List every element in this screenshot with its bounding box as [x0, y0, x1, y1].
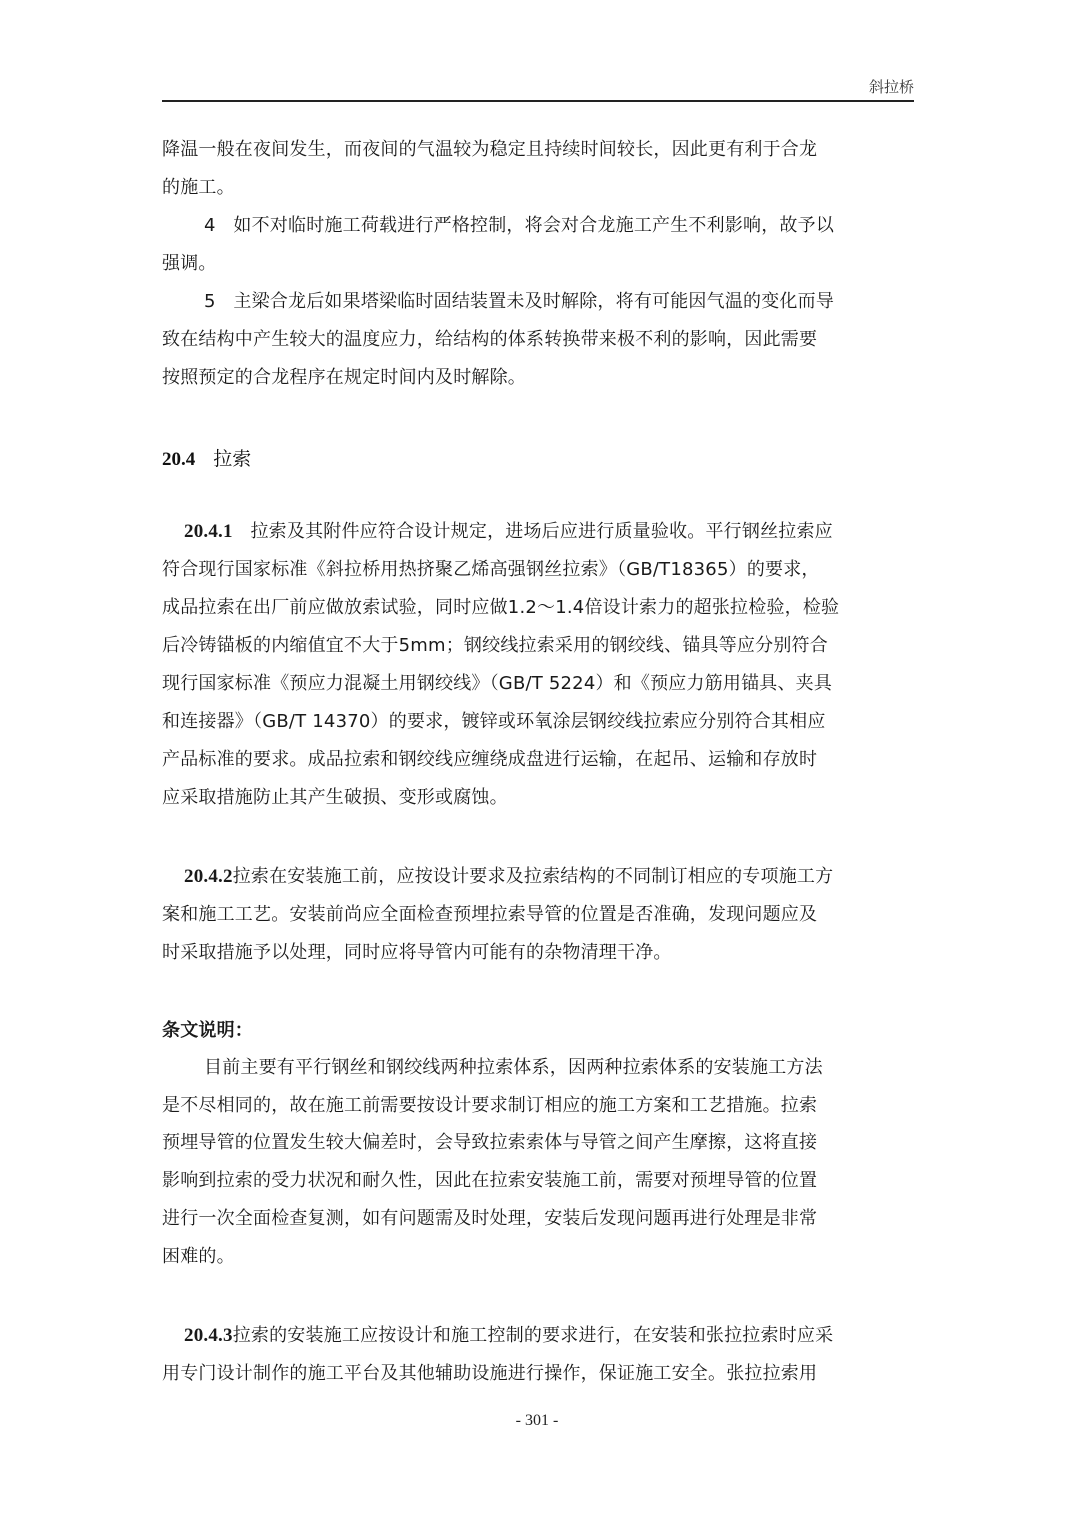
list-item-text: 按照预定的合龙程序在规定时间内及时解除。 — [162, 366, 914, 390]
document-page: 斜拉桥 降温一般在夜间发生，而夜间的气温较为稳定且持续时间较长，因此更有利于合龙… — [0, 0, 1074, 1520]
section-heading: 20.4拉索 — [162, 444, 251, 471]
list-item-5: 5 主梁合龙后如果塔梁临时固结装置未及时解除，将有可能因气温的变化而导 — [162, 290, 914, 314]
clause-text: 用专门设计制作的施工平台及其他辅助设施进行操作，保证施工安全。张拉拉索用 — [162, 1362, 914, 1386]
clause-number: 20.4.3 — [184, 1325, 233, 1346]
commentary-text: 是不尽相同的，故在施工前需要按设计要求制订相应的施工方案和工艺措施。拉索 — [162, 1094, 914, 1118]
commentary-text: 进行一次全面检查复测，如有问题需及时处理，安装后发现问题再进行处理是非常 — [162, 1207, 914, 1231]
clause-text: 后冷铸锚板的内缩值宜不大于5mm；钢绞线拉索采用的钢绞线、锚具等应分别符合 — [162, 634, 914, 658]
clause-text: 现行国家标准《预应力混凝土用钢绞线》（GB/T 5224）和《预应力筋用锚具、夹… — [162, 672, 914, 696]
clause-text: 拉索的安装施工应按设计和施工控制的要求进行，在安装和张拉拉索时应采 — [233, 1325, 834, 1346]
list-item-number: 5 — [204, 291, 216, 312]
commentary-text: 预埋导管的位置发生较大偏差时，会导致拉索索体与导管之间产生摩擦，这将直接 — [162, 1131, 914, 1155]
section-number: 20.4 — [162, 449, 195, 470]
list-item-number: 4 — [204, 215, 216, 236]
commentary-title: 条文说明： — [162, 1019, 914, 1043]
clause-20-4-1: 20.4.1 拉索及其附件应符合设计规定，进场后应进行质量验收。平行钢丝拉索应 — [162, 520, 914, 544]
clause-20-4-3: 20.4.3拉索的安装施工应按设计和施工控制的要求进行，在安装和张拉拉索时应采 — [162, 1324, 914, 1348]
clause-text: 拉索在安装施工前，应按设计要求及拉索结构的不同制订相应的专项施工方 — [233, 866, 834, 887]
commentary-text: 影响到拉索的受力状况和耐久性，因此在拉索安装施工前，需要对预埋导管的位置 — [162, 1169, 914, 1193]
clause-number: 20.4.2 — [184, 866, 233, 887]
clause-20-4-2: 20.4.2拉索在安装施工前，应按设计要求及拉索结构的不同制订相应的专项施工方 — [162, 865, 914, 889]
list-item-text: 如不对临时施工荷载进行严格控制，将会对合龙施工产生不利影响，故予以 — [233, 215, 834, 236]
clause-text: 拉索及其附件应符合设计规定，进场后应进行质量验收。平行钢丝拉索应 — [250, 521, 832, 542]
clause-text: 和连接器》（GB/T 14370）的要求，镀锌或环氧涂层钢绞线拉索应分别符合其相… — [162, 710, 914, 734]
list-item-4: 4 如不对临时施工荷载进行严格控制，将会对合龙施工产生不利影响，故予以 — [162, 214, 914, 238]
clause-text: 案和施工工艺。安装前尚应全面检查预埋拉索导管的位置是否准确，发现问题应及 — [162, 903, 914, 927]
list-item-text: 致在结构中产生较大的温度应力，给结构的体系转换带来极不利的影响，因此需要 — [162, 328, 914, 352]
commentary-text: 目前主要有平行钢丝和钢绞线两种拉索体系，因两种拉索体系的安装施工方法 — [162, 1056, 914, 1080]
clause-text: 时采取措施予以处理，同时应将导管内可能有的杂物清理干净。 — [162, 941, 914, 965]
running-header-title: 斜拉桥 — [869, 76, 914, 97]
intro-line: 降温一般在夜间发生，而夜间的气温较为稳定且持续时间较长，因此更有利于合龙 — [162, 138, 914, 162]
clause-text: 符合现行国家标准《斜拉桥用热挤聚乙烯高强钢丝拉索》（GB/T18365）的要求， — [162, 558, 914, 582]
list-item-text: 强调。 — [162, 252, 914, 276]
intro-line: 的施工。 — [162, 176, 914, 200]
clause-number: 20.4.1 — [184, 521, 233, 542]
clause-text: 应采取措施防止其产生破损、变形或腐蚀。 — [162, 786, 914, 810]
clause-text: 成品拉索在出厂前应做放索试验，同时应做1.2～1.4倍设计索力的超张拉检验，检验 — [162, 596, 914, 620]
clause-text: 产品标准的要求。成品拉索和钢绞线应缠绕成盘进行运输，在起吊、运输和存放时 — [162, 748, 914, 772]
commentary-text: 困难的。 — [162, 1245, 914, 1269]
page-number: - 301 - — [0, 1412, 1074, 1430]
list-item-text: 主梁合龙后如果塔梁临时固结装置未及时解除，将有可能因气温的变化而导 — [233, 291, 834, 312]
section-title: 拉索 — [213, 448, 251, 470]
header-rule — [162, 100, 914, 102]
